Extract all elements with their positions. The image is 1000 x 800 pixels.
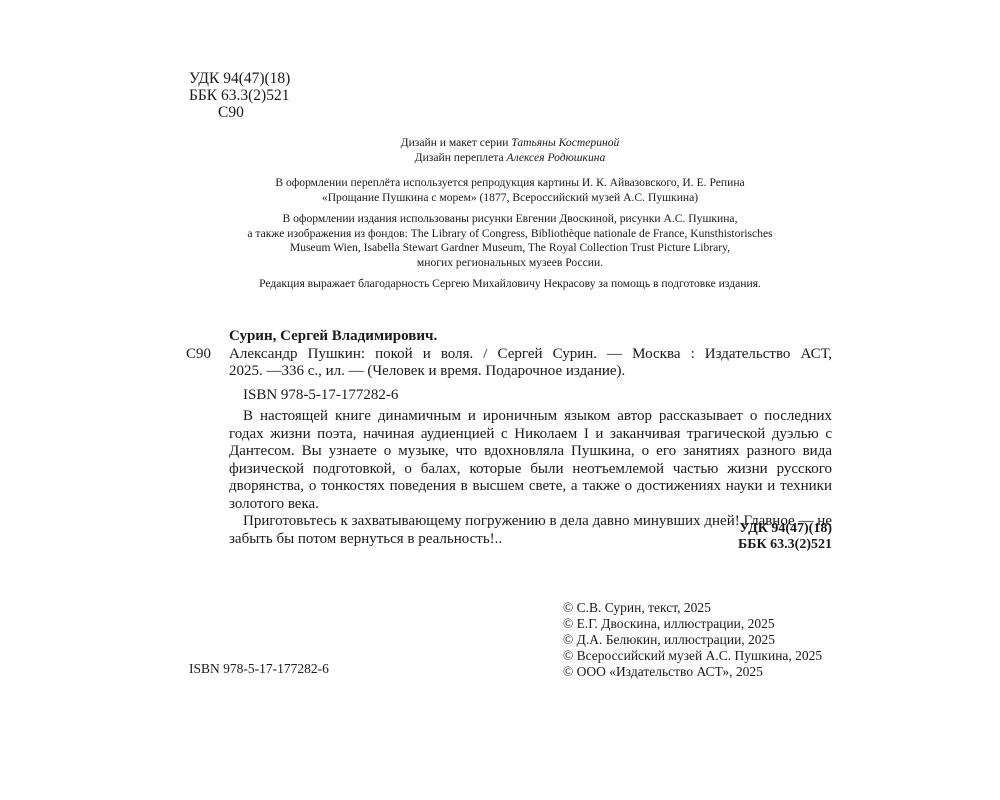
design-credits: Дизайн и макет серии Татьяны Костериной … (200, 136, 820, 165)
isbn-bottom: ISBN 978-5-17-177282-6 (189, 661, 329, 677)
copyright-line: © Д.А. Белюкин, иллюстрации, 2025 (563, 632, 822, 648)
illustrations-line-2: а также изображения из фондов: The Libra… (200, 227, 820, 242)
series-designer: Татьяны Костериной (511, 136, 619, 149)
classification-codes-bottom: УДК 94(47)(18) ББК 63.3(2)521 (738, 521, 832, 553)
copyright-line: © Е.Г. Двоскина, иллюстрации, 2025 (563, 616, 822, 632)
bibliographic-entry: С90 Александр Пушкин: покой и воля. / Се… (186, 346, 832, 364)
bbk-code-bottom: ББК 63.3(2)521 (738, 537, 832, 553)
isbn-record: ISBN 978-5-17-177282-6 (186, 387, 832, 405)
entry-line-2: 2025. —336 с., ил. — (Человек и время. П… (186, 363, 832, 381)
udk-code-bottom: УДК 94(47)(18) (738, 521, 832, 537)
cover-reproduction-line-1: В оформлении переплёта используется репр… (200, 176, 820, 191)
call-number: С90 (186, 346, 229, 364)
cover-design-prefix: Дизайн переплета (415, 151, 507, 164)
udk-code: УДК 94(47)(18) (189, 70, 290, 87)
cover-design-line: Дизайн переплета Алексея Родюшкина (200, 151, 820, 166)
illustrations-line-1: В оформлении издания использованы рисунк… (200, 212, 820, 227)
copyright-line: © С.В. Сурин, текст, 2025 (563, 600, 822, 616)
bbk-code: ББК 63.3(2)521 (189, 87, 290, 104)
illustrations-line-3: Museum Wien, Isabella Stewart Gardner Mu… (200, 241, 820, 256)
cover-reproduction-credit: В оформлении переплёта используется репр… (200, 176, 820, 205)
cover-reproduction-line-2: «Прощание Пушкина с морем» (1877, Всерос… (200, 191, 820, 206)
classification-codes-top: УДК 94(47)(18) ББК 63.3(2)521 С90 (189, 70, 290, 121)
copyright-notices: © С.В. Сурин, текст, 2025 © Е.Г. Двоскин… (563, 600, 822, 680)
acknowledgement: Редакция выражает благодарность Сергею М… (200, 277, 820, 292)
cover-designer: Алексея Родюшкина (506, 151, 605, 164)
bibliographic-record: Сурин, Сергей Владимирович. С90 Александ… (186, 328, 832, 404)
author-heading: Сурин, Сергей Владимирович. (186, 328, 832, 346)
series-design-prefix: Дизайн и макет серии (401, 136, 512, 149)
illustration-credits: В оформлении издания использованы рисунк… (200, 212, 820, 270)
series-design-line: Дизайн и макет серии Татьяны Костериной (200, 136, 820, 151)
entry-line-1: Александр Пушкин: покой и воля. / Сергей… (229, 346, 832, 364)
illustrations-line-4: многих региональных музеев России. (200, 256, 820, 271)
copyright-line: © ООО «Издательство АСТ», 2025 (563, 664, 822, 680)
annotation-paragraph-1: В настоящей книге динамичным и ироничным… (229, 408, 832, 513)
copyright-line: © Всероссийский музей А.С. Пушкина, 2025 (563, 648, 822, 664)
author-mark: С90 (189, 104, 290, 121)
